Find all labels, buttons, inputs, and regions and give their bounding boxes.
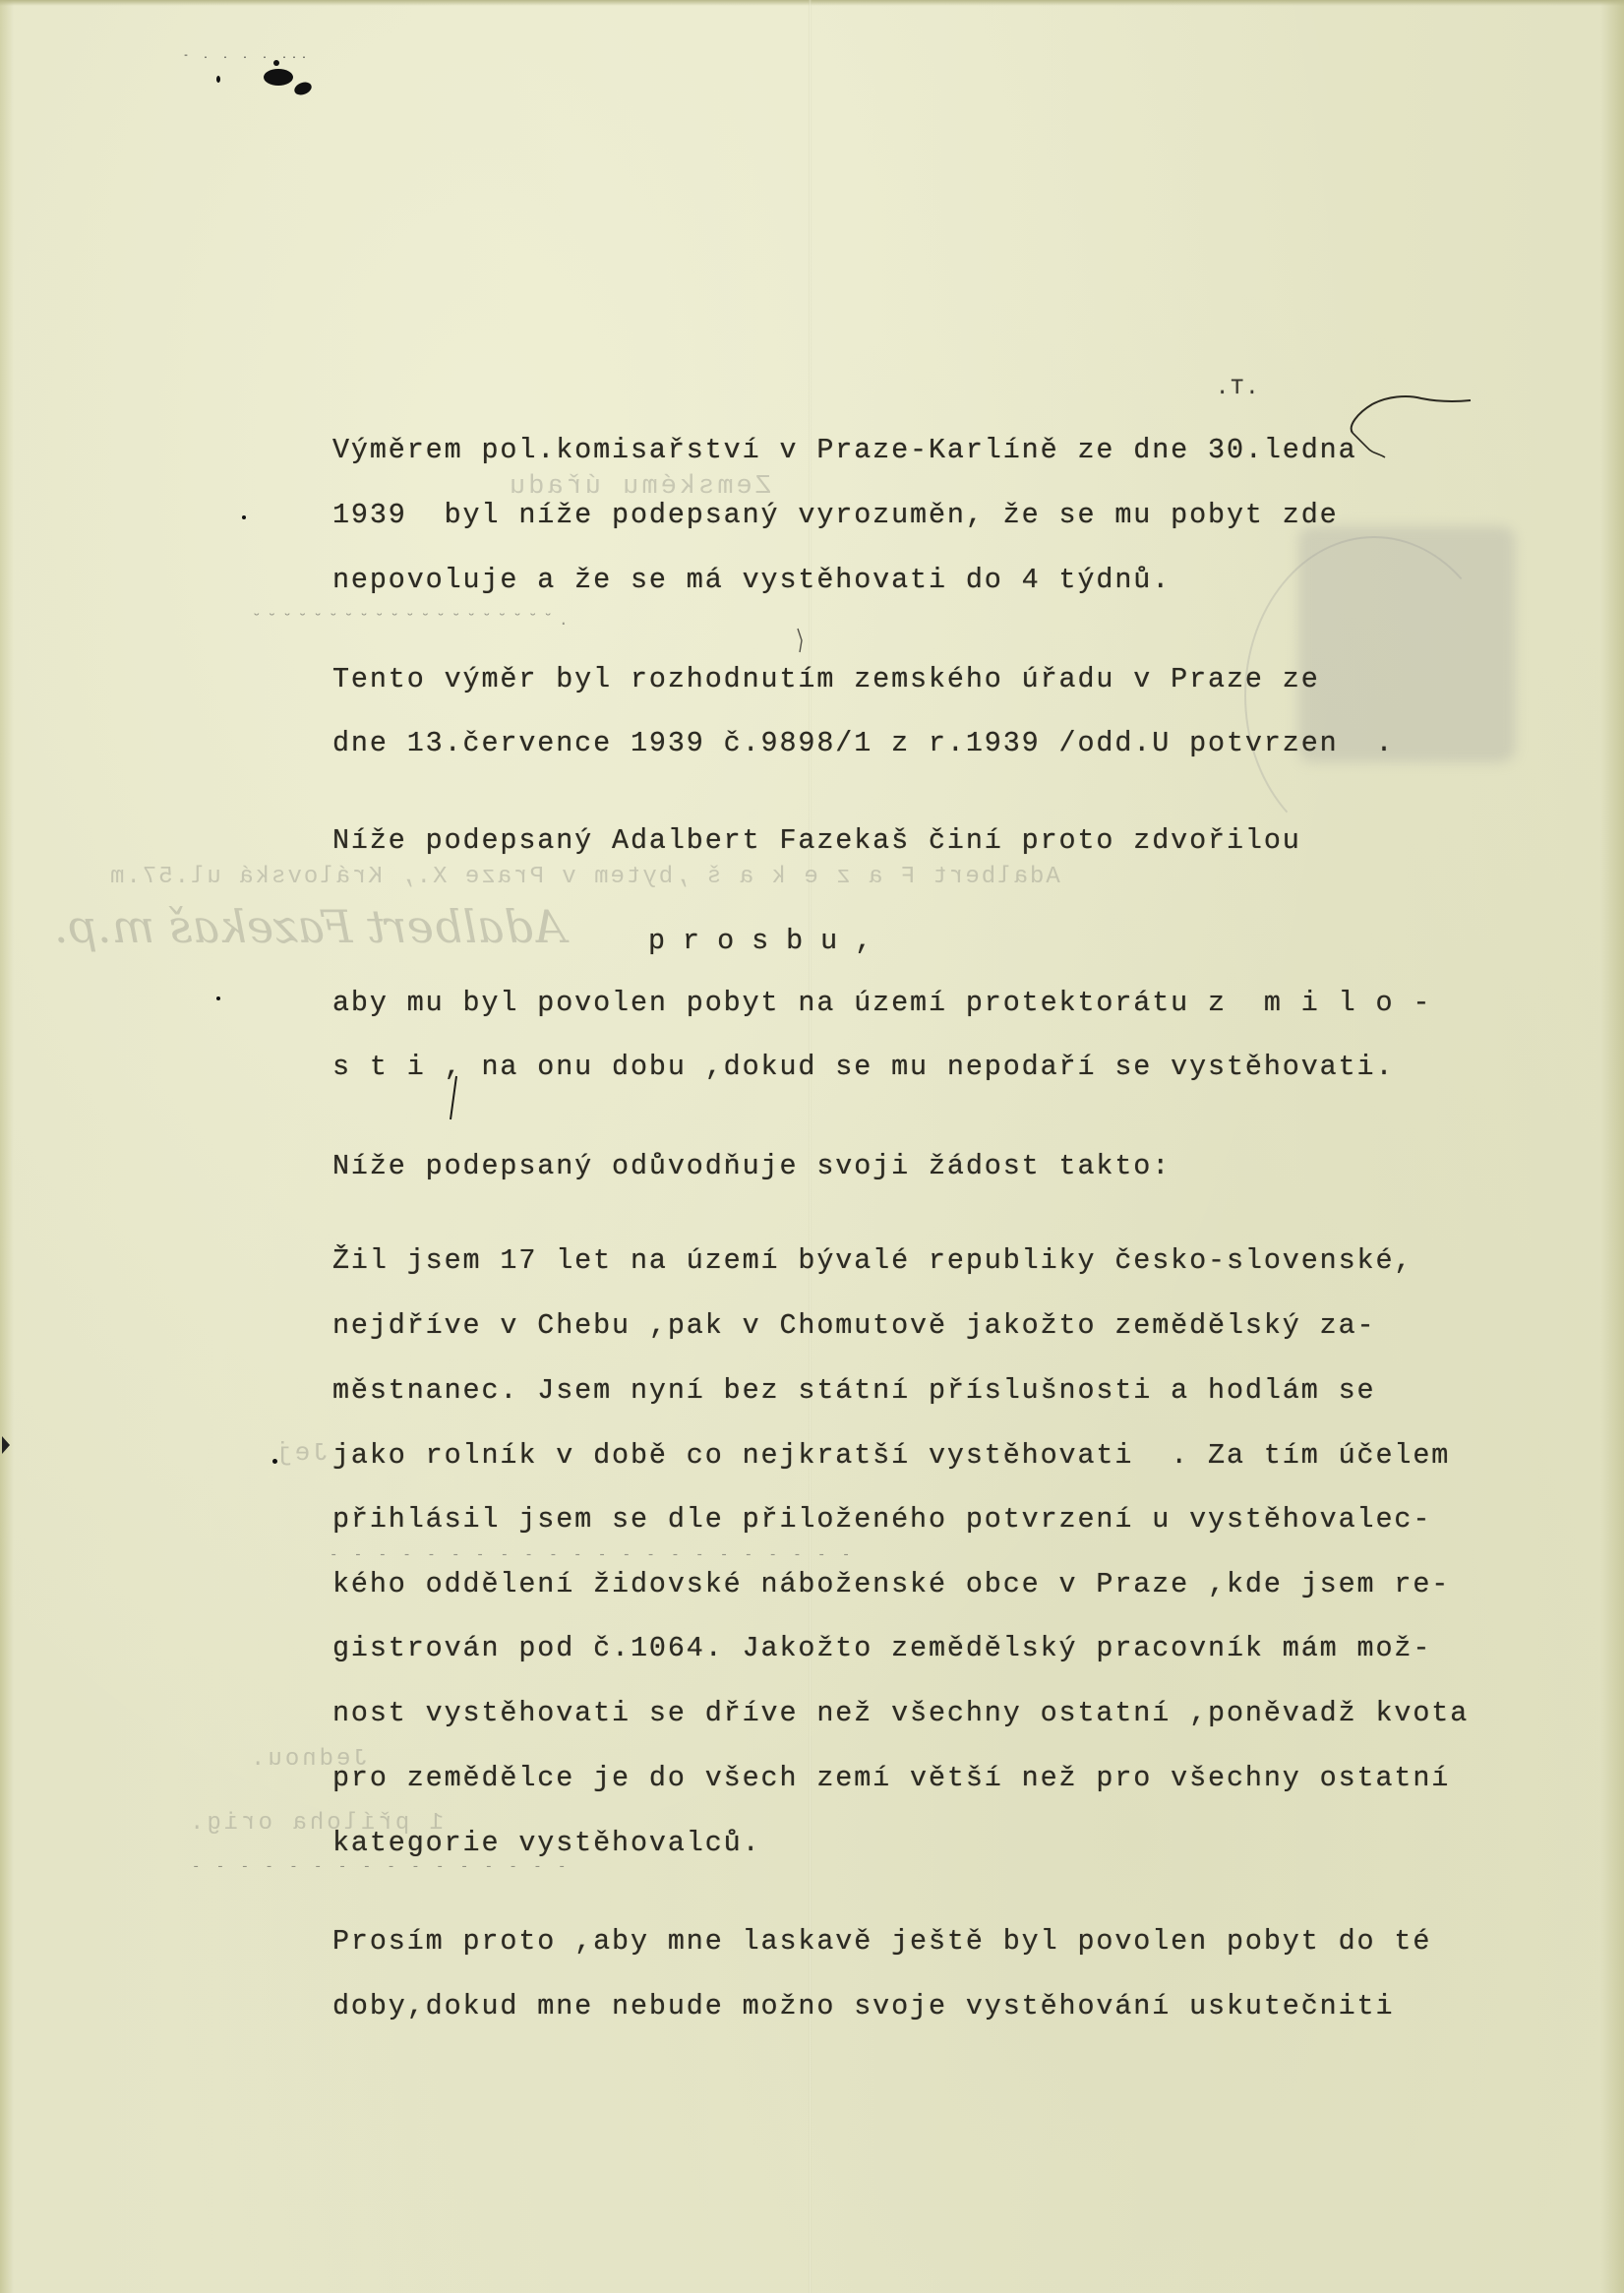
ghost-left-fragment: Jej (273, 1438, 329, 1468)
page-top-edge (0, 0, 1624, 6)
p7-line-10: kategorie vystěhovalců. (332, 1830, 761, 1857)
p8-line-2: doby,dokud mne nebude možno svoje vystěh… (332, 1993, 1394, 2021)
document-page: - . . . . ... Zemskému úřadu Adalbert F … (0, 0, 1624, 2293)
request-heading: prosbu, (648, 928, 889, 955)
ghost-header: Zemskému úřadu (507, 472, 771, 502)
ink-blot (264, 69, 293, 86)
p6-line-1: Níže podepsaný odůvodňuje svoji žádost t… (332, 1153, 1171, 1180)
dotted-underline: - - - - - - - - - - - - - - - - - - - - … (330, 1547, 854, 1563)
p7-line-7: gistrován pod č.1064. Jakožto zemědělský… (332, 1635, 1431, 1662)
p7-line-1: Žil jsem 17 let na území bývalé republik… (332, 1247, 1413, 1275)
p7-line-8: nost vystěhovati se dříve než všechny os… (332, 1700, 1469, 1727)
margin-dot (242, 515, 246, 519)
ghost-address: Adalbert F a z e k a š ,bytem v Praze X.… (108, 864, 1060, 890)
ghost-signature: Adalbert Fazekaš m.p. (54, 900, 566, 953)
p7-line-5: přihlásil jsem se dle přiloženého potvrz… (332, 1506, 1431, 1534)
p5-line-1: aby mu byl povolen pobyt na území protek… (332, 990, 1431, 1017)
p8-line-1: Prosím proto ,aby mne laskavě ještě byl … (332, 1928, 1431, 1956)
dotted-underline: - - - - - - - - - - - - - - - - (192, 1859, 570, 1875)
header-mark: .T. (1216, 378, 1260, 399)
p2-line-2: dne 13.července 1939 č.9898/1 z r.1939 /… (332, 730, 1394, 757)
p1-line-3: nepovoluje a že se má vystěhovati do 4 t… (332, 567, 1171, 594)
margin-dot (216, 996, 220, 1000)
p7-line-9: pro zemědělce je do všech zemí větší než… (332, 1765, 1450, 1792)
p2-line-1: Tento výměr byl rozhodnutím zemského úřa… (332, 666, 1320, 694)
ink-blot (216, 76, 220, 83)
ink-blot (292, 80, 313, 96)
pen-tick (794, 627, 808, 656)
p3-line-1: Níže podepsaný Adalbert Fazekaš činí pro… (332, 827, 1301, 855)
p1-line-2: 1939 byl níže podepsaný vyrozuměn, že se… (332, 502, 1339, 529)
ink-speckle: - . . . . ... (183, 51, 311, 62)
dotted-separator: ˘˘˘˘˘˘˘˘˘˘˘˘˘˘˘˘˘˘˘˘. (252, 612, 574, 630)
p7-line-3: městnanec. Jsem nyní bez státní příslušn… (332, 1377, 1375, 1405)
stamp-arc (1244, 536, 1504, 855)
p7-line-4: jako rolník v době co nejkratší vystěhov… (332, 1442, 1450, 1470)
p5-line-2: s t i , na onu dobu ,dokud se mu nepodař… (332, 1054, 1394, 1081)
p7-line-2: nejdříve v Chebu ,pak v Chomutově jakožt… (332, 1312, 1375, 1340)
p7-line-6: kého oddělení židovské náboženské obce v… (332, 1571, 1450, 1599)
p1-line-1: Výměrem pol.komisařství v Praze-Karlíně … (332, 437, 1357, 464)
margin-arrow-icon (2, 1436, 10, 1454)
margin-dot (272, 1459, 277, 1464)
